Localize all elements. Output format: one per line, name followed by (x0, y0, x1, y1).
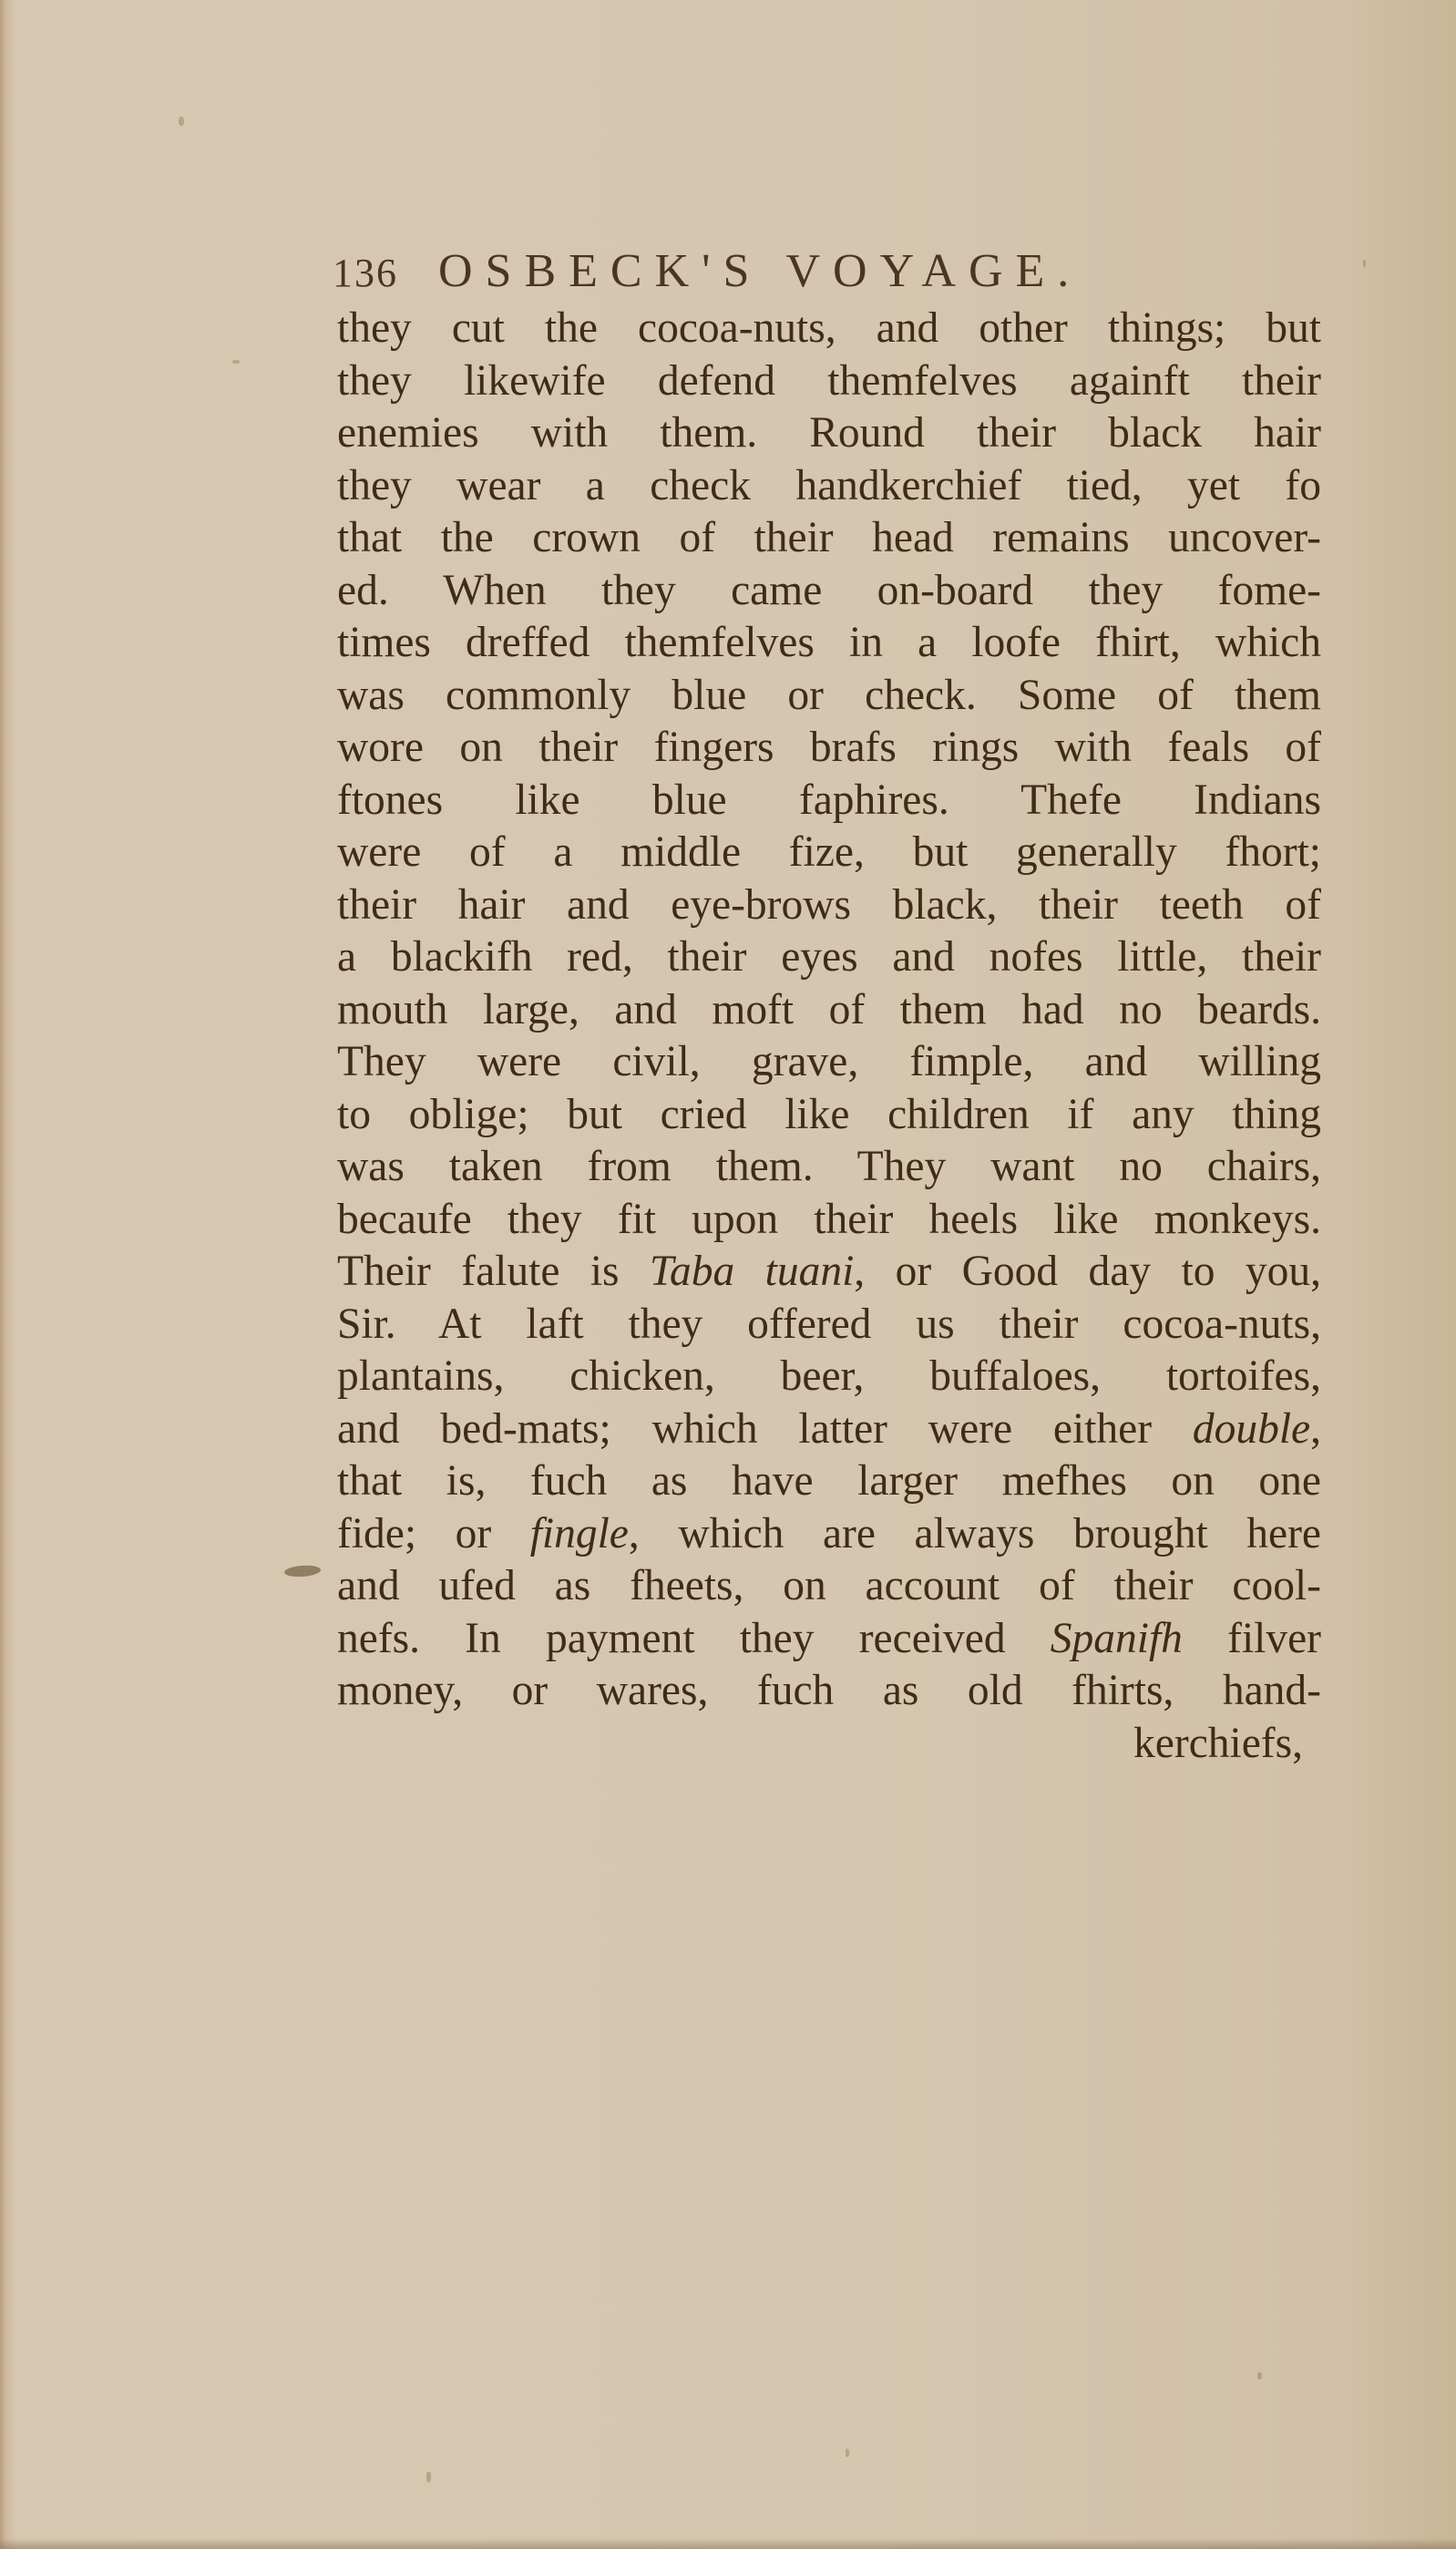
paper-fleck (1257, 2372, 1262, 2379)
italic-term: Spanifh (1051, 1615, 1183, 1662)
ink-stain (284, 1565, 322, 1578)
text-line: a blackifh red, their eyes and nofes lit… (337, 931, 1321, 984)
text-line: plantains, chicken, beer, buffaloes, tor… (337, 1351, 1321, 1403)
text-line: that the crown of their head remains unc… (337, 512, 1321, 565)
text-line: was commonly blue or check. Some of them (337, 670, 1321, 723)
text-line: ftones like blue faphires. Thefe Indians (337, 775, 1321, 827)
text-line: Sir. At laft they offered us their cocoa… (337, 1299, 1321, 1352)
text-line: becaufe they fit upon their heels like m… (337, 1194, 1321, 1247)
text-segment: fide; or (337, 1510, 530, 1557)
text-line: times dreffed themfelves in a loofe fhir… (337, 617, 1321, 670)
text-line: they wear a check handkerchief tied, yet… (337, 460, 1321, 513)
running-head: 136 OSBECK'S VOYAGE. (333, 244, 1335, 308)
text-line: was taken from them. They want no chairs… (337, 1141, 1321, 1194)
catchword: kerchiefs, (337, 1718, 1321, 1771)
text-line: to oblige; but cried like children if an… (337, 1089, 1321, 1142)
paper-fleck (846, 2449, 849, 2457)
paper-fleck (179, 117, 184, 126)
text-segment: Their falute is (337, 1248, 650, 1295)
paper-fleck (426, 2472, 431, 2482)
text-line: their hair and eye-brows black, their te… (337, 879, 1321, 932)
text-line: and bed-mats; which latter were either d… (337, 1403, 1321, 1456)
text-line: They were civil, grave, fimple, and will… (337, 1036, 1321, 1089)
running-title: OSBECK'S VOYAGE. (438, 244, 1082, 298)
italic-term: fingle (530, 1510, 629, 1557)
text-segment: filver (1183, 1615, 1321, 1662)
text-line: wore on their fingers brafs rings with f… (337, 722, 1321, 775)
italic-term: double (1193, 1405, 1310, 1453)
paper-fleck (1363, 260, 1366, 267)
text-segment: , (1310, 1405, 1321, 1453)
page-number: 136 (333, 250, 398, 296)
text-line: they cut the cocoa-nuts, and other thing… (337, 303, 1321, 355)
book-page: 136 OSBECK'S VOYAGE. they cut the cocoa-… (0, 0, 1456, 2549)
text-line: were of a middle fize, but generally fho… (337, 827, 1321, 879)
body-text: they cut the cocoa-nuts, and other thing… (337, 303, 1321, 1770)
text-line: ed. When they came on-board they fome- (337, 565, 1321, 618)
text-segment: , or Good day to you, (854, 1248, 1321, 1295)
text-line: fide; or fingle, which are always brough… (337, 1508, 1321, 1561)
text-segment: , which are always brought here (629, 1510, 1321, 1557)
text-line: money, or wares, fuch as old fhirts, han… (337, 1665, 1321, 1718)
text-line: that is, fuch as have larger mefhes on o… (337, 1455, 1321, 1508)
text-line: Their falute is Taba tuani, or Good day … (337, 1246, 1321, 1299)
text-segment: and bed-mats; which latter were either (337, 1405, 1193, 1453)
text-segment: nefs. In payment they received (337, 1615, 1051, 1662)
text-line: nefs. In payment they received Spanifh f… (337, 1613, 1321, 1666)
paper-fleck (232, 360, 240, 364)
text-line: they likewife defend themfelves againft … (337, 355, 1321, 408)
text-line: mouth large, and moft of them had no bea… (337, 984, 1321, 1037)
text-line: enemies with them. Round their black hai… (337, 407, 1321, 460)
text-line: and ufed as fheets, on account of their … (337, 1560, 1321, 1613)
italic-term: Taba tuani (650, 1248, 854, 1295)
